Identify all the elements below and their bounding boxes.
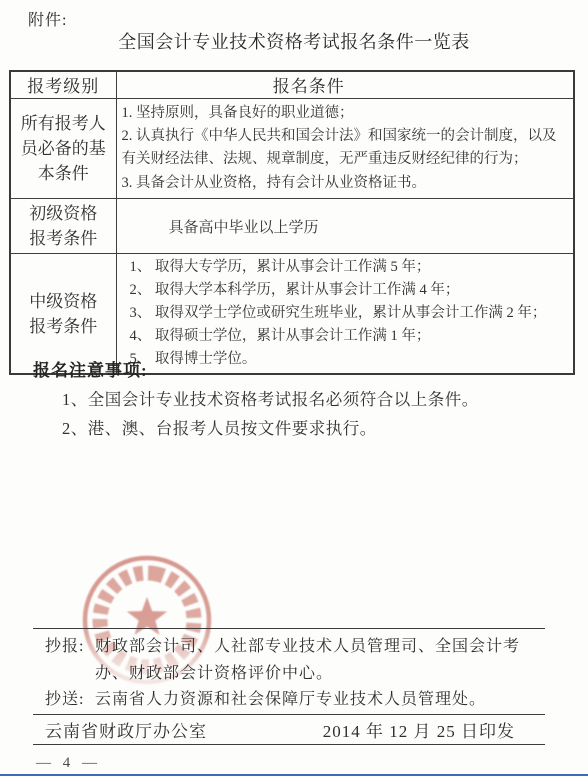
column-header-conditions: 报名条件 — [116, 71, 574, 98]
print-date: 2014 年 12 月 25 日印发 — [323, 717, 515, 742]
scan-edge-line — [0, 774, 588, 777]
condition-item: 1、 取得大专学历，累计从事会计工作满 5 年； — [130, 256, 570, 279]
table-row-basic-conditions: 所有报考人员必备的基本条件 1. 坚持原则，具备良好的职业道德； 2. 认真执行… — [10, 98, 574, 199]
condition-item: 2. 认真执行《中华人民共和国会计法》和国家统一的会计制度，以及有关财经法律、法… — [122, 125, 570, 172]
conditions-cell-basic: 1. 坚持原则，具备良好的职业道德； 2. 认真执行《中华人民共和国会计法》和国… — [116, 98, 574, 199]
table-row-junior-qualification: 初级资格报考条件 具备高中毕业以上学历 — [10, 199, 574, 254]
registration-conditions-table: 报考级别 报名条件 所有报考人员必备的基本条件 1. 坚持原则，具备良好的职业道… — [9, 70, 575, 375]
attachment-label: 附件: — [28, 7, 67, 30]
notes-section: 报名注意事项: 1、全国会计专业技术资格考试报名必须符合以上条件。 2、港、澳、… — [33, 356, 479, 439]
condition-item: 2、 取得大学本科学历，累计从事会计工作满 4 年； — [130, 279, 570, 302]
cc-section: 抄报: 财政部会计司、人社部专业技术人员管理司、全国会计考办、财政部会计资格评价… — [33, 628, 545, 714]
issuer-row: 云南省财政厅办公室 2014 年 12 月 25 日印发 — [33, 714, 545, 745]
notes-heading: 报名注意事项: — [33, 356, 479, 381]
issuing-office: 云南省财政厅办公室 — [45, 717, 207, 742]
notes-item: 1、全国会计专业技术资格考试报名必须符合以上条件。 — [62, 386, 479, 410]
condition-item: 3、 取得双学士学位或研究生班毕业，累计从事会计工作满 2 年； — [130, 302, 570, 325]
table-header-row: 报考级别 报名条件 — [10, 71, 574, 98]
cc-copy-recipients: 云南省人力资源和社会保障厅专业技术人员管理处。 — [95, 687, 535, 714]
level-cell-all-applicants: 所有报考人员必备的基本条件 — [10, 98, 116, 199]
column-header-level: 报考级别 — [10, 71, 116, 98]
level-cell-junior: 初级资格报考条件 — [10, 199, 116, 254]
cc-report-row: 抄报: 财政部会计司、人社部专业技术人员管理司、全国会计考办、财政部会计资格评价… — [45, 634, 545, 687]
condition-item: 1. 坚持原则，具备良好的职业道德； — [122, 102, 570, 125]
notes-item: 2、港、澳、台报考人员按文件要求执行。 — [62, 415, 479, 439]
condition-item: 4、 取得硕士学位，累计从事会计工作满 1 年； — [130, 325, 570, 348]
conditions-cell-junior: 具备高中毕业以上学历 — [116, 199, 574, 254]
condition-item: 3. 具备会计从业资格，持有会计从业资格证书。 — [122, 172, 570, 195]
cc-copy-row: 抄送: 云南省人力资源和社会保障厅专业技术人员管理处。 — [45, 687, 545, 714]
document-title: 全国会计专业技术资格考试报名条件一览表 — [0, 28, 588, 54]
cc-copy-label: 抄送: — [45, 687, 95, 714]
page-number: — 4 — — [36, 755, 101, 772]
scanned-document-page: 附件: 全国会计专业技术资格考试报名条件一览表 报考级别 报名条件 所有报考人员… — [0, 0, 588, 778]
cc-report-label: 抄报: — [45, 634, 95, 661]
cc-report-recipients: 财政部会计司、人社部专业技术人员管理司、全国会计考办、财政部会计资格评价中心。 — [95, 634, 535, 687]
